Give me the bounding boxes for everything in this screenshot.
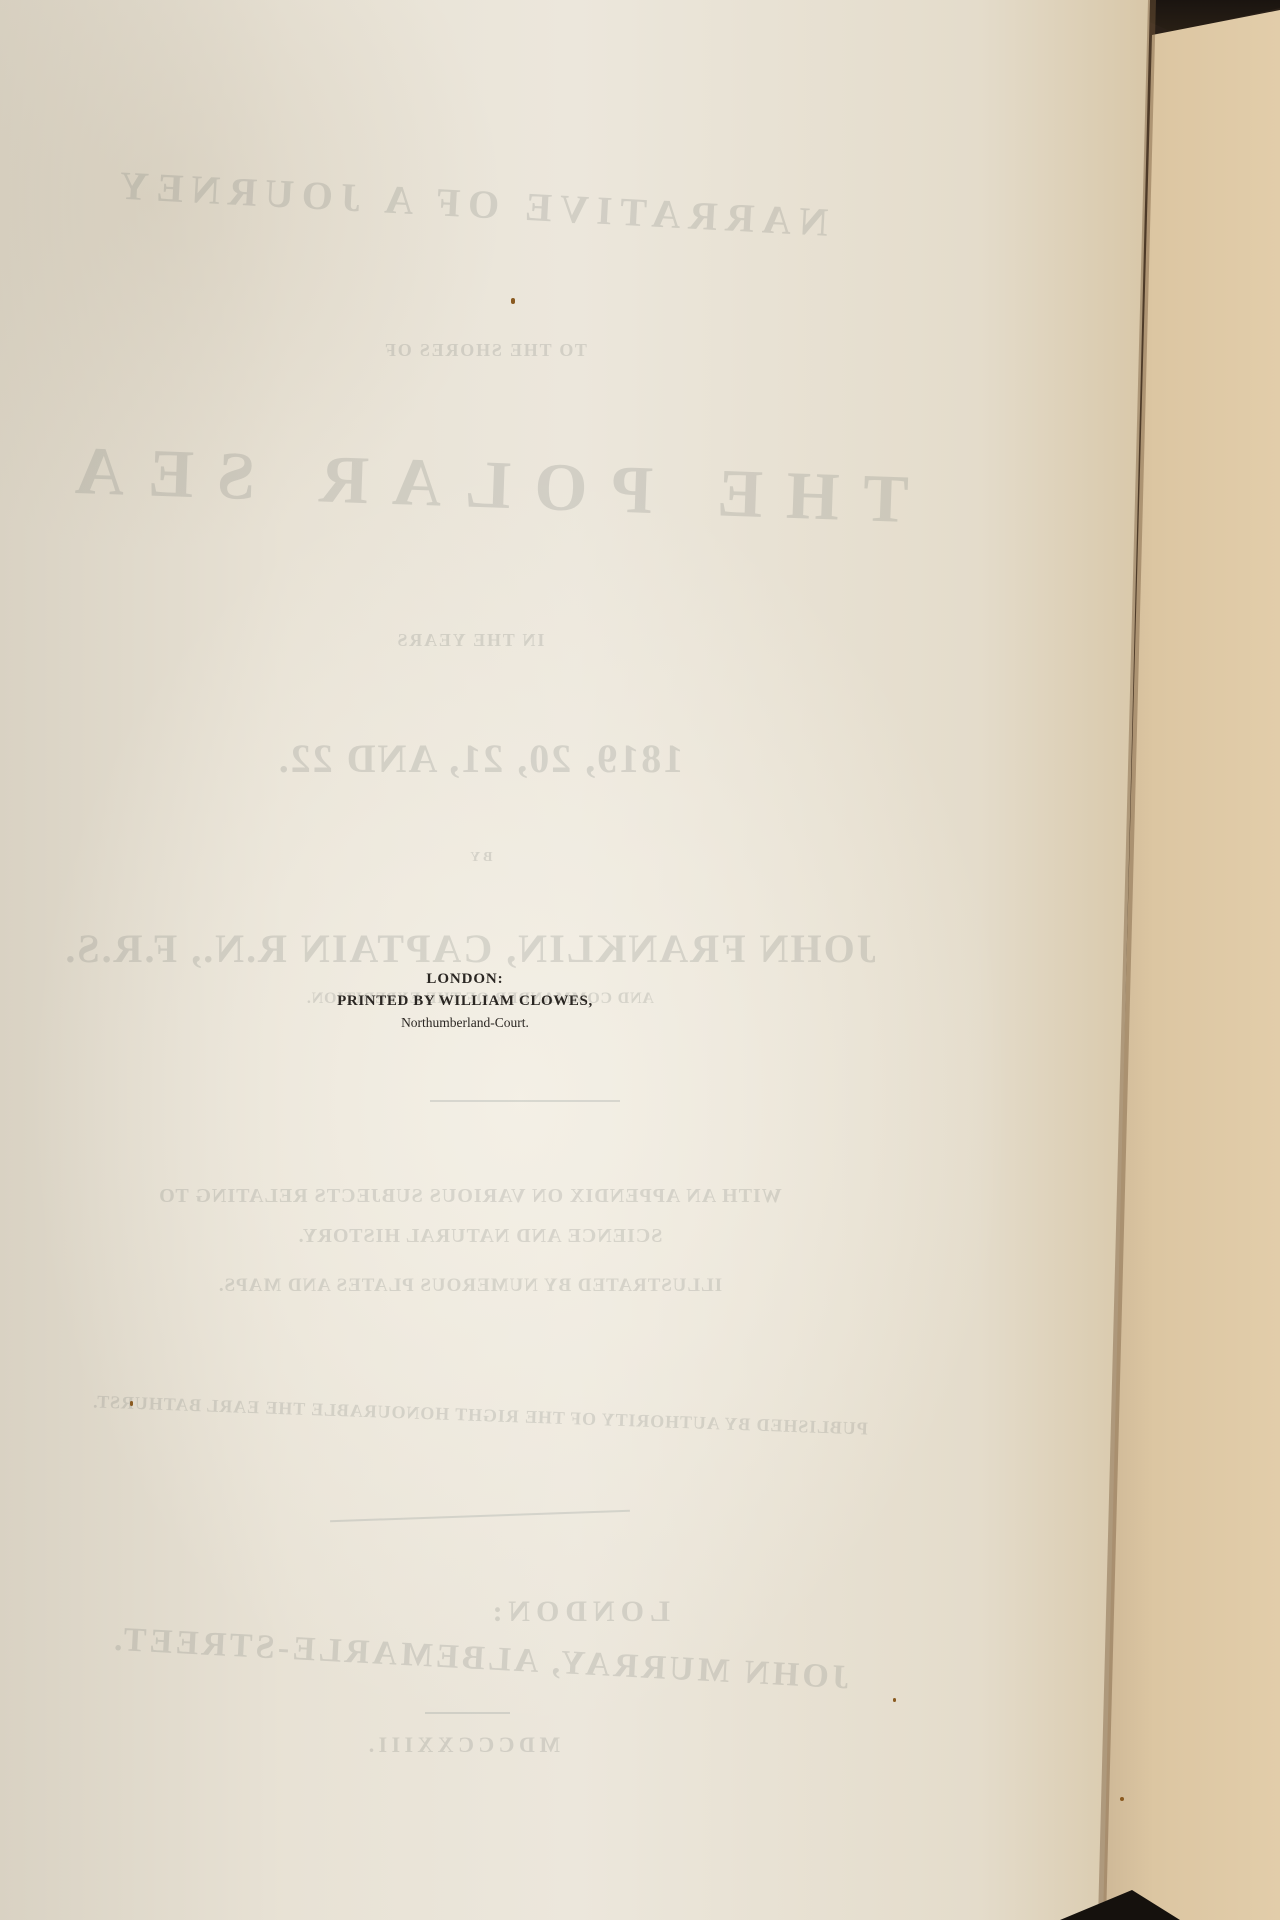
bleed-by: BY [460, 850, 500, 866]
imprint-city: LONDON: [250, 968, 680, 990]
bleed-city: LONDON: [500, 1595, 670, 1629]
bleed-appendix-line1: WITH AN APPENDIX ON VARIOUS SUBJECTS REL… [90, 1185, 850, 1208]
imprint-address: Northumberland-Court. [250, 1012, 680, 1034]
imprint-printer: PRINTED BY WILLIAM CLOWES, [250, 990, 680, 1012]
foxing-spot [130, 1401, 133, 1406]
foxing-spot [511, 298, 515, 304]
bleed-appendix-line2: SCIENCE AND NATURAL HISTORY. [260, 1225, 700, 1248]
foxing-spot [1120, 1797, 1124, 1801]
bleed-years-label: IN THE YEARS [350, 630, 590, 651]
bleed-years: 1819, 20, 21, AND 22. [260, 735, 700, 782]
printer-imprint: LONDON: PRINTED BY WILLIAM CLOWES, North… [250, 968, 680, 1034]
bleed-rule [425, 1712, 510, 1714]
foxing-spot [893, 1698, 896, 1702]
bleed-author: JOHN FRANKLIN, CAPTAIN R.N., F.R.S. [0, 925, 940, 972]
bleed-date: MDCCCXXIII. [400, 1732, 560, 1758]
bleed-title-line2: TO THE SHORES OF [320, 340, 650, 361]
bleed-illustrated: ILLUSTRATED BY NUMEROUS PLATES AND MAPS. [150, 1275, 790, 1297]
bleed-rule [430, 1100, 620, 1102]
book-photo: NARRATIVE OF A JOURNEY TO THE SHORES OF … [0, 0, 1280, 1920]
